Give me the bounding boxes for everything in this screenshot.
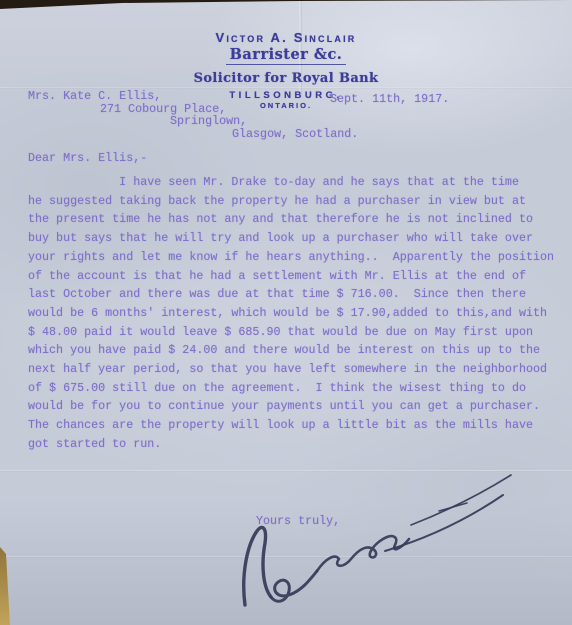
signature-loop-stroke: [271, 571, 317, 601]
letterhead-role: Barrister &c.: [226, 46, 347, 65]
signature-flourish-dash: [439, 503, 467, 511]
letterhead-name: Victor A. Sinclair: [0, 30, 572, 45]
scanned-letter-scene: Victor A. Sinclair Barrister &c. Solicit…: [0, 0, 572, 625]
signature-svg: [225, 455, 525, 620]
recipient-address: Mrs. Kate C. Ellis, 271 Cobourg Place, S…: [28, 90, 358, 140]
letter-paper: Victor A. Sinclair Barrister &c. Solicit…: [0, 0, 572, 625]
signature: [225, 455, 525, 620]
signature-letters-stroke: [317, 536, 409, 571]
salutation: Dear Mrs. Ellis,-: [28, 151, 147, 165]
letter-body: I have seen Mr. Drake to-day and he says…: [28, 173, 554, 454]
signature-initial-stroke: [244, 527, 271, 605]
recipient-city-line: Glasgow, Scotland.: [232, 128, 358, 141]
signature-flourish-lower: [385, 495, 503, 551]
letterhead-solicitor: Solicitor for Royal Bank: [0, 71, 572, 86]
recipient-name-line: Mrs. Kate C. Ellis,: [28, 90, 358, 103]
recipient-district-line: Springlown,: [170, 115, 358, 128]
